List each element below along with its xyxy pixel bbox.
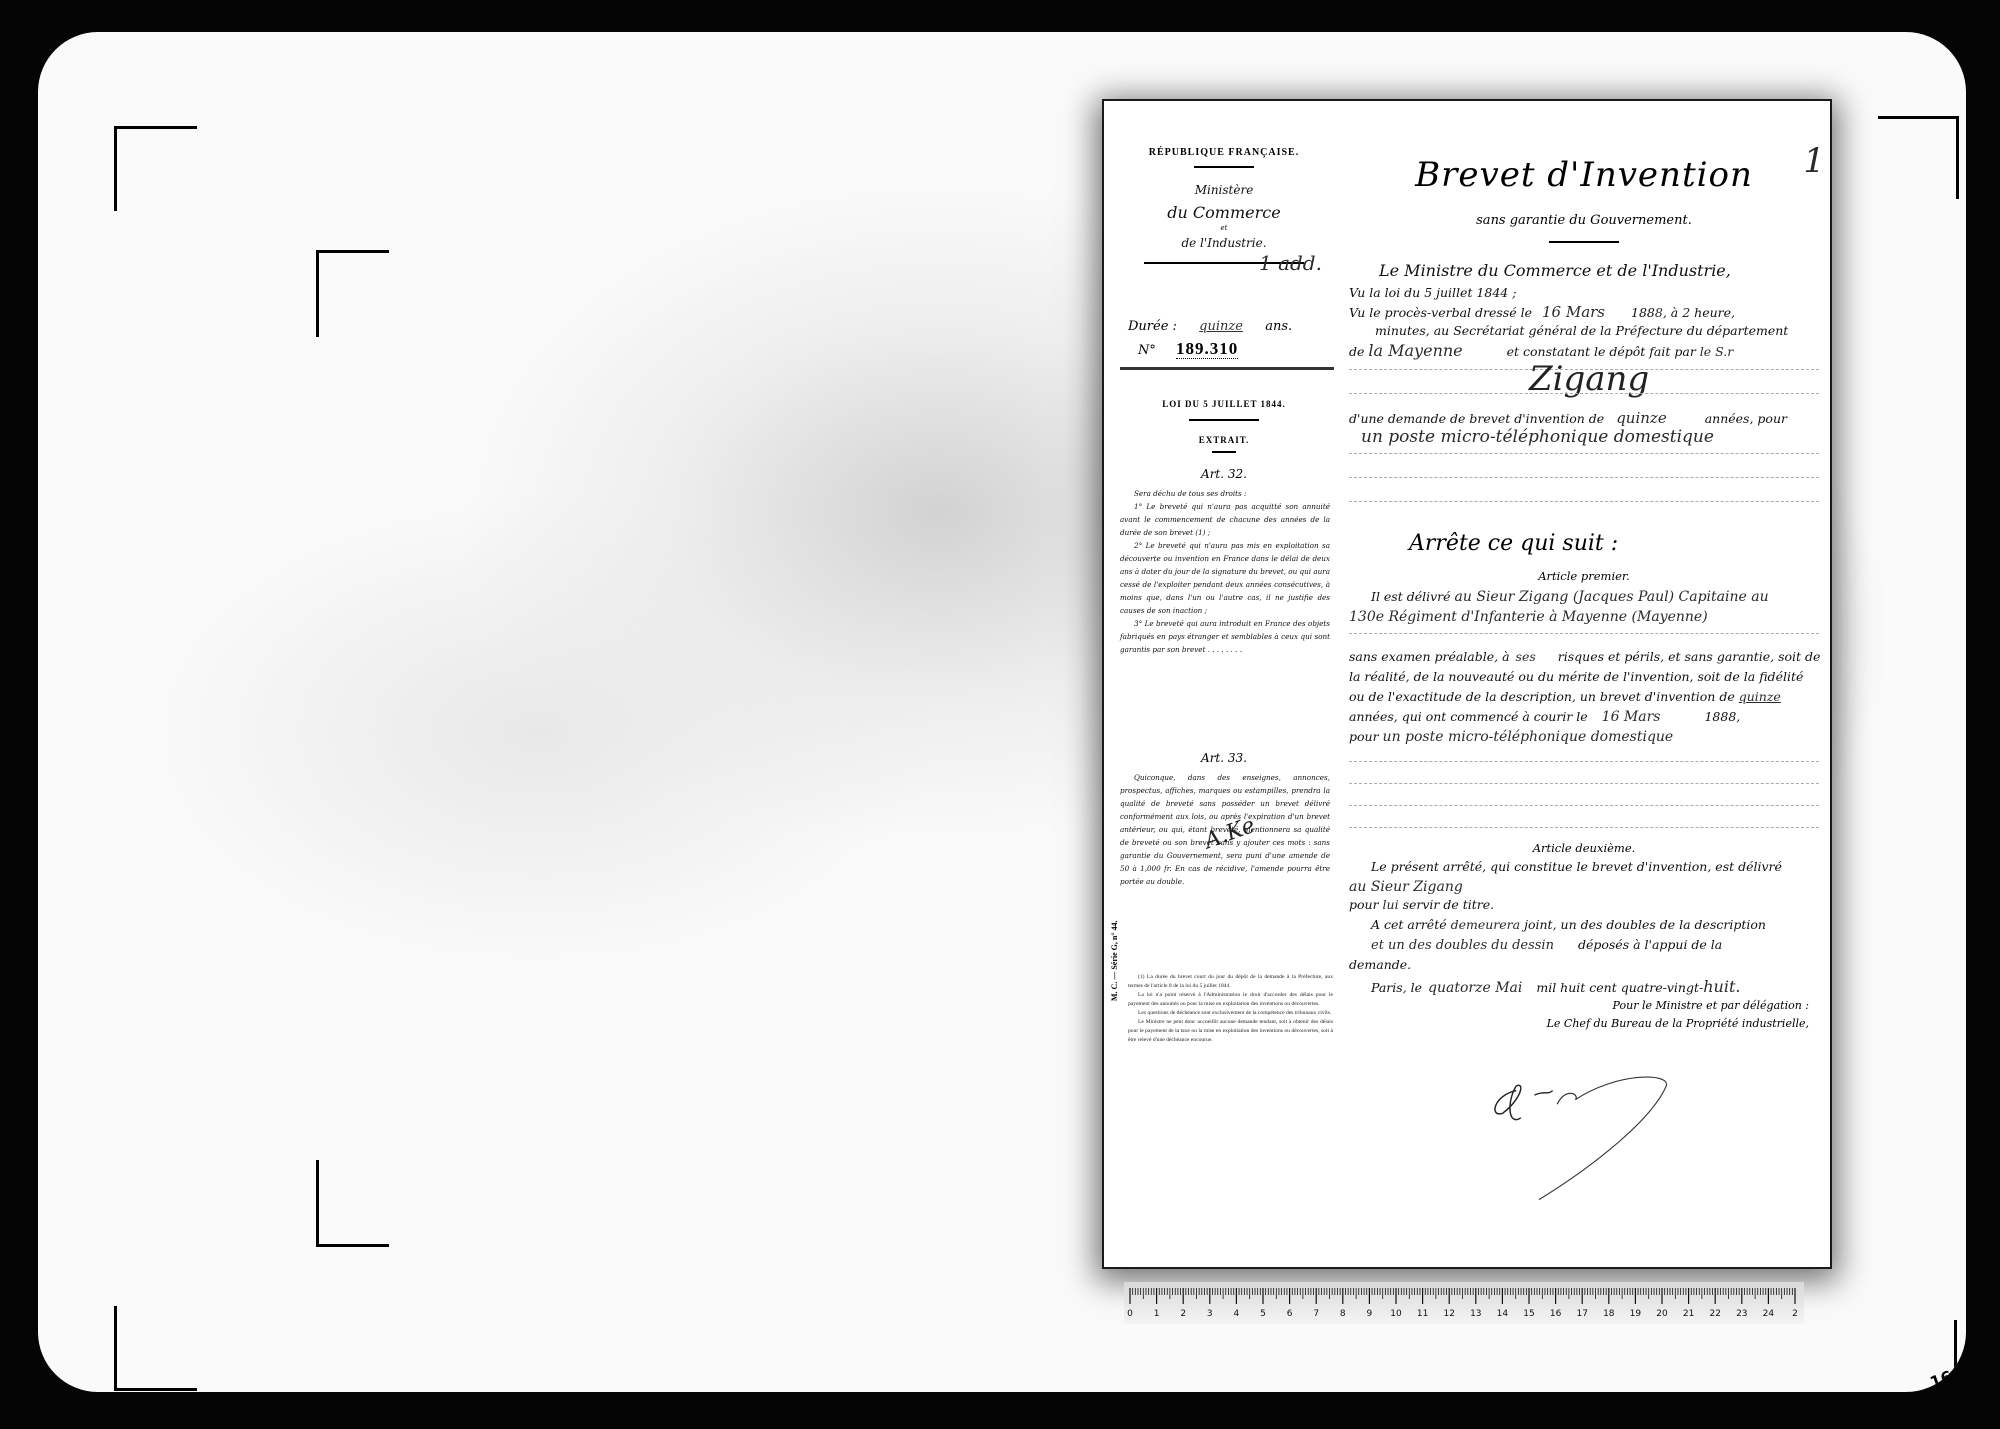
- svg-text:15: 15: [1523, 1309, 1534, 1319]
- joint-suffix: joint, un des doubles de la description: [1524, 917, 1766, 932]
- section-divider: [1120, 367, 1334, 370]
- demande-prefix: d'une demande de brevet d'invention de: [1349, 411, 1604, 426]
- ministry-line-4: de l'Industrie.: [1104, 236, 1344, 250]
- patent-document: RÉPUBLIQUE FRANÇAISE. Ministère du Comme…: [1104, 101, 1830, 1267]
- svg-text:2: 2: [1792, 1309, 1798, 1319]
- art32-para: 2° Le breveté qui n'aura pas mis en expl…: [1120, 539, 1330, 617]
- footnote-para: (1) La durée du brevet court du jour du …: [1128, 973, 1333, 991]
- article2-heading: Article deuxième.: [1349, 841, 1819, 855]
- svg-text:6: 6: [1287, 1309, 1293, 1319]
- svg-text:18: 18: [1603, 1309, 1615, 1319]
- department-line: de la Mayenne et constatant le dépôt fai…: [1349, 341, 1819, 360]
- article1-start-date: 16 Mars: [1602, 709, 1661, 725]
- art33-heading: Art. 33.: [1104, 751, 1344, 765]
- law-title: LOI DU 5 JUILLET 1844.: [1104, 399, 1344, 409]
- svg-text:1: 1: [1154, 1309, 1160, 1319]
- margin-note: 1 add.: [1259, 251, 1322, 275]
- article1-body-text: risques et périls, et sans garantie, soi…: [1558, 649, 1821, 664]
- ornament-rule: [1549, 241, 1619, 243]
- duration-value: quinze: [1181, 319, 1261, 334]
- pv-hour: 2: [1682, 305, 1690, 320]
- demande-line: d'une demande de brevet d'invention de q…: [1349, 409, 1819, 427]
- ministry-line-3: et: [1104, 224, 1344, 232]
- svg-text:17: 17: [1576, 1309, 1587, 1319]
- vu-loi: Vu la loi du 5 juillet 1844 ;: [1349, 285, 1819, 300]
- ruled-line: [1349, 393, 1819, 394]
- series-reference: M. C. — Série G, n° 44.: [1110, 920, 1119, 1001]
- duration-field: Durée : quinze ans.: [1128, 319, 1338, 334]
- article1-duration: quinze: [1739, 689, 1781, 704]
- patent-number-field: N° 189.310: [1138, 339, 1338, 359]
- servir-prefix: pour: [1349, 897, 1379, 912]
- svg-text:8: 8: [1340, 1309, 1346, 1319]
- ornament-rule: [1212, 451, 1236, 453]
- ruled-line: [1349, 805, 1819, 806]
- article1-body-text: ou de l'exactitude de la description, un…: [1349, 689, 1735, 704]
- official-signature: [1489, 1051, 1689, 1221]
- svg-text:21: 21: [1683, 1309, 1694, 1319]
- svg-text:11: 11: [1417, 1309, 1428, 1319]
- svg-text:3: 3: [1207, 1309, 1213, 1319]
- ruled-line: [1349, 453, 1819, 454]
- ruled-line: [1349, 477, 1819, 478]
- pv-year: 188: [1631, 305, 1655, 320]
- svg-text:20: 20: [1656, 1309, 1668, 1319]
- art32-text: Sera déchu de tous ses droits : 1° Le br…: [1120, 487, 1330, 656]
- right-column: Brevet d'Invention 1 sans garantie du Go…: [1349, 101, 1819, 1267]
- footnote-para: Les questions de déchéance sont exclusiv…: [1128, 1009, 1333, 1018]
- article2-demande: demande.: [1349, 957, 1819, 972]
- pv-date: 16 Mars: [1542, 303, 1605, 321]
- svg-text:23: 23: [1736, 1309, 1747, 1319]
- article1-ses: ses: [1516, 649, 1536, 664]
- svg-text:7: 7: [1313, 1309, 1319, 1319]
- republic-header: RÉPUBLIQUE FRANÇAISE.: [1104, 147, 1344, 168]
- depositor-title: le S.r: [1700, 344, 1733, 359]
- demande-suffix: années, pour: [1705, 411, 1787, 426]
- constatant-text: et constatant le dépôt fait par: [1507, 344, 1696, 359]
- paris-year: mil huit cent quatre-vingt-: [1536, 980, 1703, 995]
- vu-proces-verbal: Vu le procès-verbal dressé le 16 Mars 18…: [1349, 303, 1819, 321]
- ruled-line: [1349, 633, 1819, 634]
- doubles-hand: et un des doubles du dessin: [1371, 938, 1554, 953]
- svg-text:22: 22: [1709, 1309, 1720, 1319]
- svg-text:19: 19: [1630, 1309, 1642, 1319]
- pv-time-prefix: , à: [1663, 305, 1678, 320]
- article1-body-3: ou de l'exactitude de la description, un…: [1349, 689, 1819, 704]
- ruled-line: [1349, 827, 1819, 828]
- svg-text:2: 2: [1180, 1309, 1186, 1319]
- ministry-line-1: Ministère: [1104, 183, 1344, 197]
- ruler-scale: 0123456789101112131415161718192021222324…: [1124, 1282, 1804, 1324]
- patent-number: 189.310: [1176, 339, 1238, 359]
- svg-text:0: 0: [1127, 1309, 1133, 1319]
- department-value: la Mayenne: [1368, 341, 1462, 360]
- svg-text:16: 16: [1550, 1309, 1562, 1319]
- article2-joint-line: A cet arrêté demeurera joint, un des dou…: [1371, 917, 1841, 932]
- article1-line-1: Il est délivré au Sieur Zigang (Jacques …: [1371, 589, 1841, 605]
- svg-text:5: 5: [1260, 1309, 1266, 1319]
- svg-text:14: 14: [1497, 1309, 1509, 1319]
- extract-label: EXTRAIT.: [1104, 435, 1344, 445]
- article1-heading: Article premier.: [1349, 569, 1819, 583]
- republic-label: RÉPUBLIQUE FRANÇAISE.: [1104, 147, 1344, 158]
- minutes-line: minutes, au Secrétariat général de la Pr…: [1375, 323, 1845, 338]
- article1-body-1: sans examen préalable, à ses risques et …: [1349, 649, 1819, 664]
- chef-bureau: Le Chef du Bureau de la Propriété indust…: [1349, 1017, 1809, 1030]
- crop-mark-bottom-left-inner: [316, 1160, 389, 1247]
- article2-servir-line: pour lui servir de titre.: [1349, 897, 1819, 912]
- paris-date-hand: quatorze Mai: [1428, 980, 1522, 996]
- crop-mark-top-left-outer: [114, 126, 197, 211]
- servir-suffix: servir de titre.: [1403, 897, 1495, 912]
- demande-duration: quinze: [1616, 409, 1667, 427]
- servir-hand: lui: [1383, 897, 1399, 912]
- invention-title: un poste micro-téléphonique domestique: [1361, 427, 1831, 447]
- ruled-line: [1349, 783, 1819, 784]
- ruled-line: [1349, 761, 1819, 762]
- measurement-ruler: 0123456789101112131415161718192021222324…: [1124, 1282, 1804, 1324]
- svg-text:13: 13: [1470, 1309, 1481, 1319]
- duration-unit: ans.: [1265, 319, 1292, 334]
- crop-mark-bottom-left-outer: [114, 1306, 197, 1391]
- svg-text:9: 9: [1367, 1309, 1373, 1319]
- paris-date-line: Paris, le quatorze Mai mil huit cent qua…: [1371, 977, 1841, 996]
- crop-mark-top-left-inner: [316, 250, 389, 337]
- art32-para: 1° Le breveté qui n'aura pas acquitté so…: [1120, 500, 1330, 539]
- doubles-suffix: déposés à l'appui de la: [1578, 937, 1722, 952]
- joint-prefix: A cet arrêté: [1371, 917, 1447, 932]
- footnote-para: La loi n'a point réservé à l'Administrat…: [1128, 991, 1333, 1009]
- footnote-para: Le Ministre ne peut donc accueillir aucu…: [1128, 1018, 1333, 1045]
- paris-prefix: Paris, le: [1371, 980, 1422, 995]
- article2-doubles-line: et un des doubles du dessin déposés à l'…: [1349, 937, 1819, 953]
- ornament-rule: [1194, 166, 1254, 168]
- article1-recipient: au Sieur Zigang (Jacques Paul) Capitaine…: [1455, 589, 1769, 605]
- arrete-heading: Arrête ce qui suit :: [1409, 531, 1618, 556]
- article1-recipient-2: 130e Régiment d'Infanterie à Mayenne (Ma…: [1349, 609, 1819, 625]
- left-column: RÉPUBLIQUE FRANÇAISE. Ministère du Comme…: [1104, 101, 1344, 1267]
- svg-text:24: 24: [1763, 1309, 1775, 1319]
- svg-text:12: 12: [1443, 1309, 1454, 1319]
- article2-recipient: au Sieur Zigang: [1349, 879, 1819, 895]
- number-label: N°: [1138, 343, 1156, 358]
- art32-heading: Art. 32.: [1104, 467, 1344, 481]
- ruled-line: [1349, 501, 1819, 502]
- duration-label: Durée :: [1128, 319, 1177, 334]
- article2-text: Le présent arrêté, qui constitue le brev…: [1371, 859, 1841, 874]
- pour-ministre: Pour le Ministre et par délégation :: [1349, 999, 1809, 1012]
- footnote: (1) La durée du brevet court du jour du …: [1128, 973, 1333, 1045]
- article1-start-prefix: années, qui ont commencé à courir le: [1349, 709, 1588, 724]
- article1-start-year: 1888,: [1704, 709, 1740, 724]
- article1-start-line: années, qui ont commencé à courir le 16 …: [1349, 709, 1819, 725]
- art32-para: Sera déchu de tous ses droits :: [1120, 487, 1330, 500]
- dept-prefix: de: [1349, 344, 1364, 359]
- pv-hour-suffix: heure,: [1694, 305, 1735, 320]
- article1-body-2: la réalité, de la nouveauté ou du mérite…: [1349, 669, 1819, 684]
- art32-para: 3° Le breveté qui aura introduit en Fran…: [1120, 617, 1330, 656]
- minister-heading: Le Ministre du Commerce et de l'Industri…: [1379, 261, 1849, 280]
- pv-year-hand: 8: [1655, 305, 1663, 320]
- article1-invention-line: pour un poste micro-téléphonique domesti…: [1349, 729, 1819, 745]
- svg-text:10: 10: [1390, 1309, 1402, 1319]
- folio-number: 1: [1803, 141, 1825, 181]
- svg-text:4: 4: [1234, 1309, 1240, 1319]
- paris-year-hand: huit.: [1703, 977, 1740, 996]
- crop-mark-top-right: [1878, 116, 1959, 199]
- article1-invention: un poste micro-téléphonique domestique: [1383, 729, 1674, 745]
- article1-body-text: sans examen préalable, à: [1349, 649, 1510, 664]
- document-title: Brevet d'Invention: [1349, 155, 1819, 195]
- article1-prefix: Il est délivré: [1371, 589, 1451, 604]
- document-subtitle: sans garantie du Gouvernement.: [1349, 213, 1819, 228]
- ornament-rule: [1189, 419, 1259, 421]
- ministry-line-2: du Commerce: [1104, 203, 1344, 222]
- article1-pour: pour: [1349, 729, 1379, 744]
- joint-hand: demeurera: [1451, 917, 1521, 932]
- pv-prefix: Vu le procès-verbal dressé le: [1349, 305, 1532, 320]
